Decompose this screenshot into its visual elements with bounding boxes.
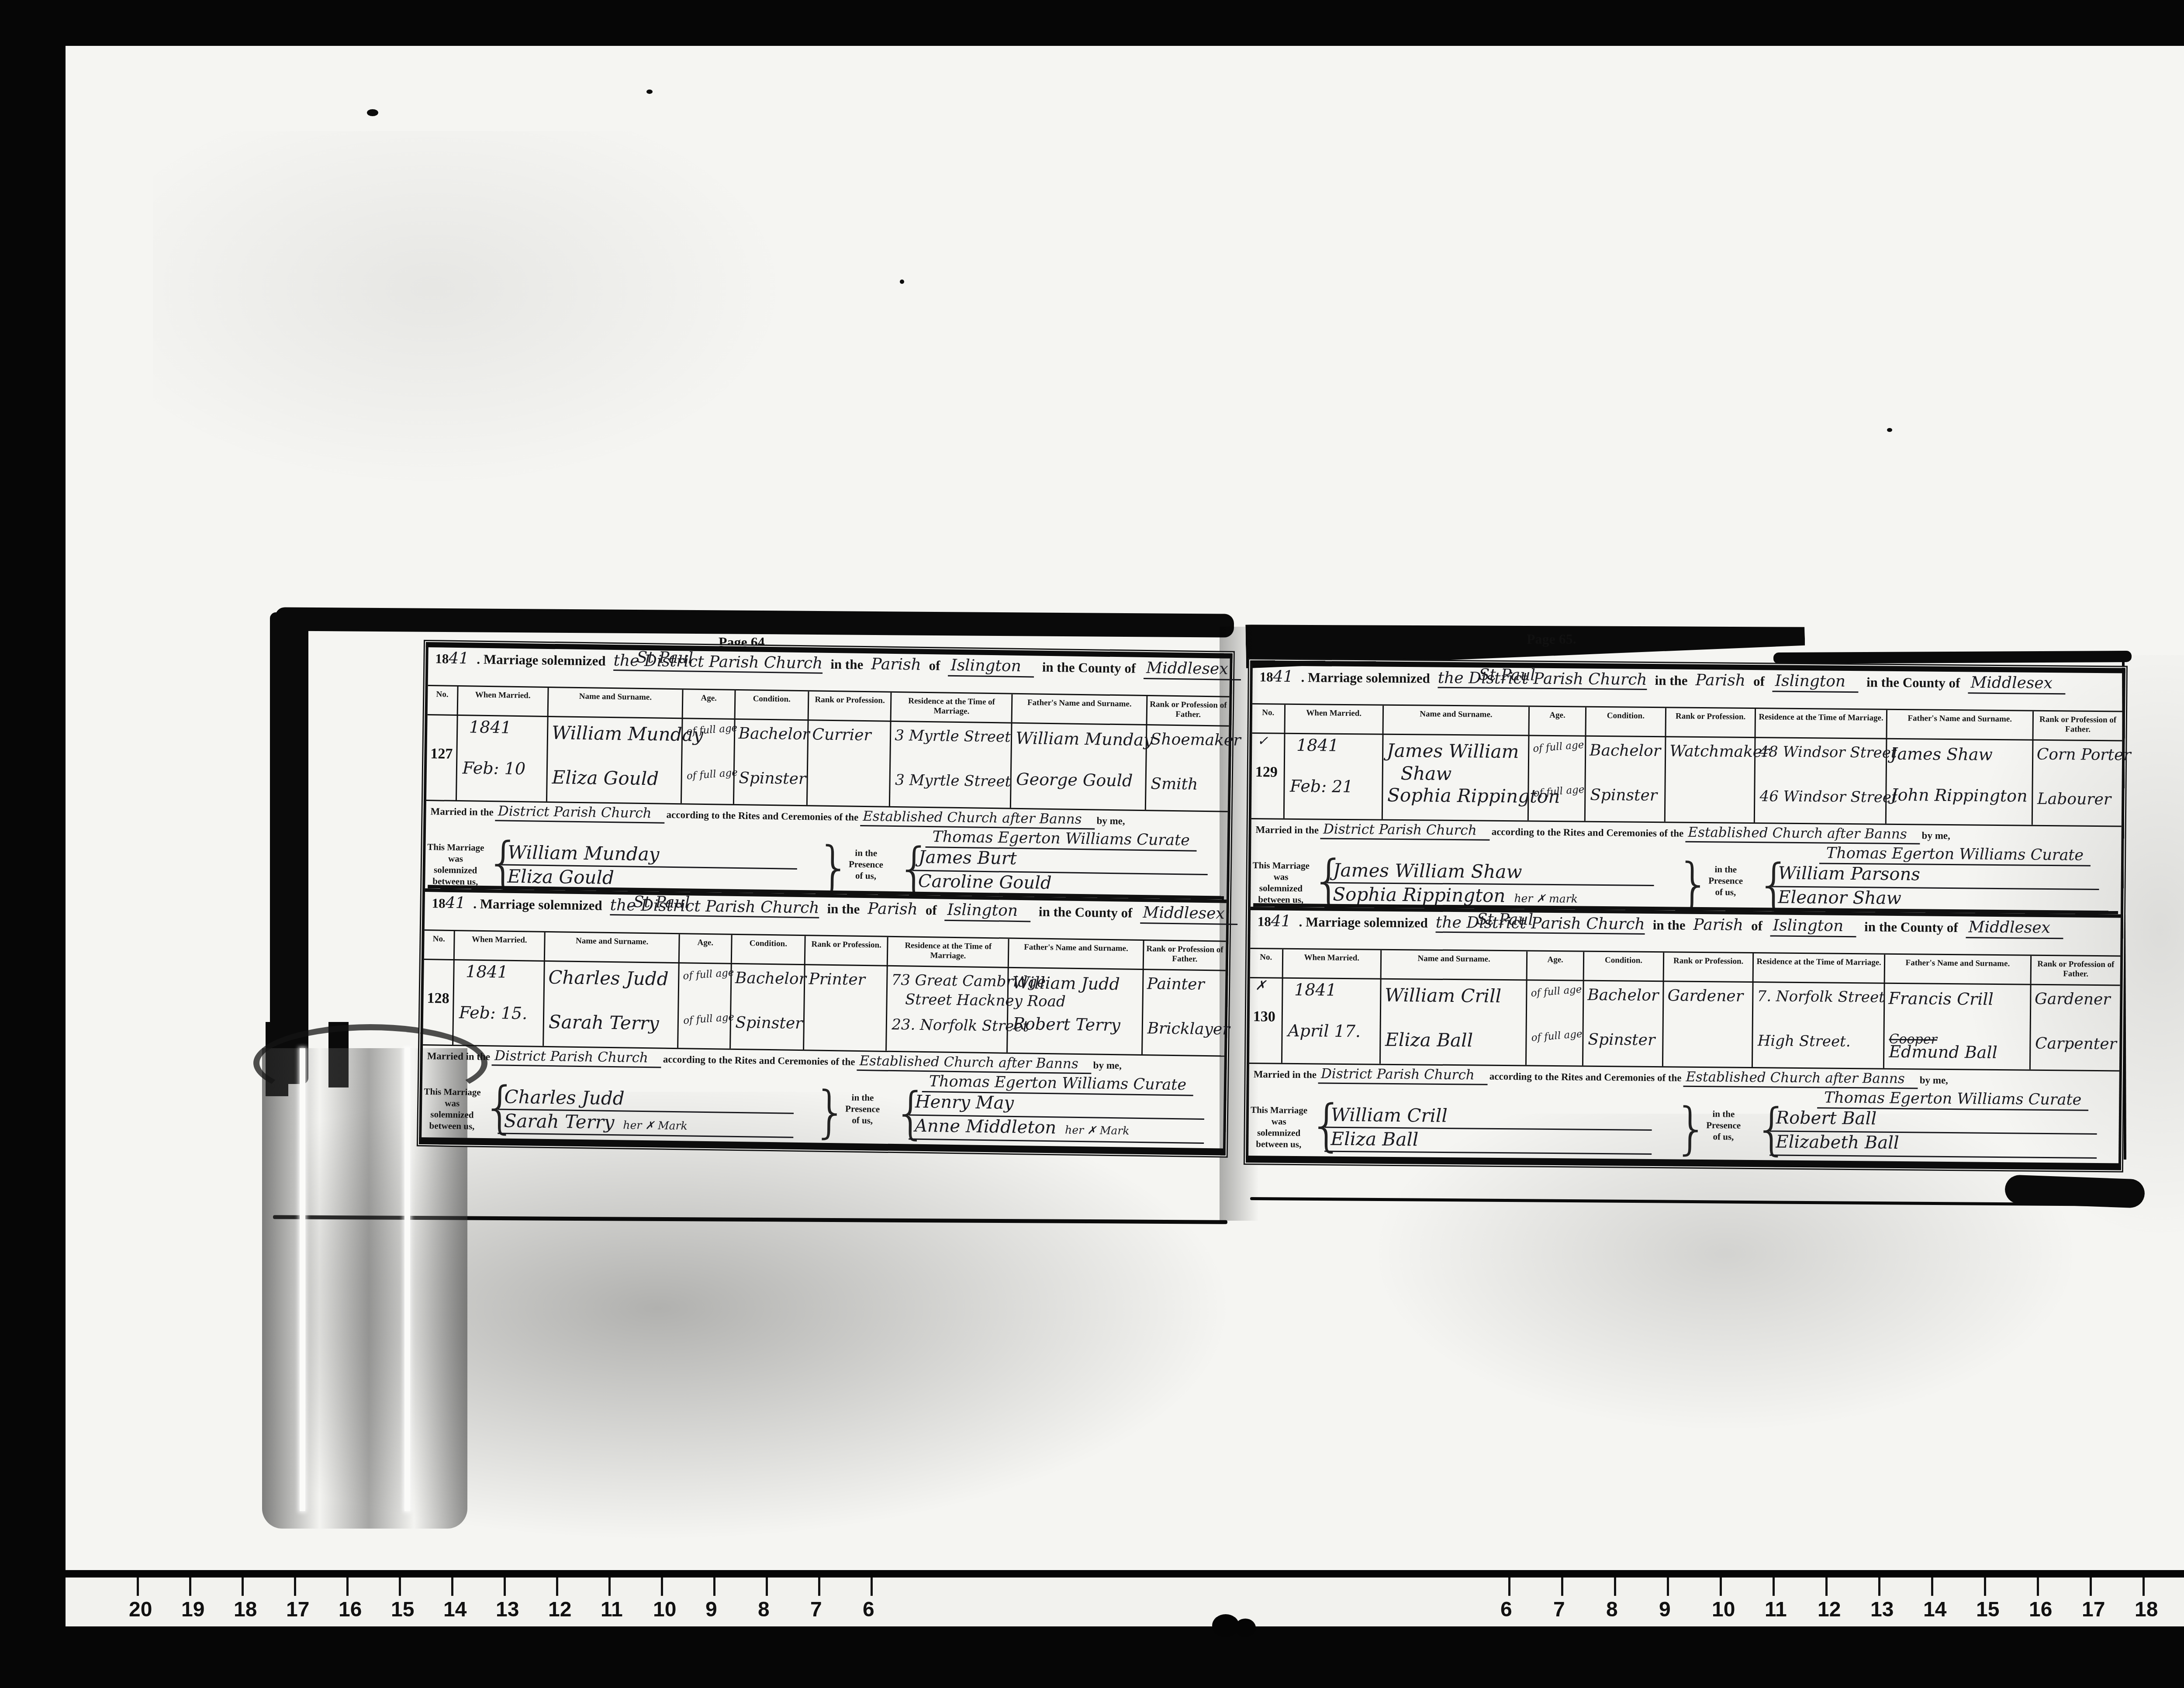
printed-county: in the County of bbox=[1039, 904, 1133, 921]
printed-rites: according to the Rites and Ceremonies of… bbox=[1492, 826, 1684, 839]
hw-groom-profession: Currier bbox=[812, 725, 871, 744]
hw-groom-signature: William Crill bbox=[1325, 1104, 1652, 1131]
bottom-scale-tick bbox=[294, 1578, 296, 1596]
hw-groom-name: James William bbox=[1387, 740, 1519, 763]
cell-father-name: Francis Crill CooperEdmund Ball bbox=[1884, 983, 2031, 1070]
hw-bride-father: George Gould bbox=[1016, 773, 1133, 790]
cell-condition: Bachelor Spinster bbox=[1583, 980, 1664, 1067]
cell-condition: Bachelor Spinster bbox=[731, 963, 806, 1049]
hw-bride-father: Robert Terry bbox=[1013, 1018, 1120, 1035]
entry-check-mark: ✓ bbox=[1257, 733, 1268, 749]
hw-bride-name: Sarah Terry bbox=[549, 1011, 659, 1034]
microfilm-scan: Page 64. Page 65. 1841 . Marriage solemn… bbox=[0, 0, 2184, 1688]
presence-label-line: in the bbox=[836, 847, 897, 859]
printed-county: in the County of bbox=[1866, 674, 1960, 690]
bottom-scale-tick bbox=[556, 1578, 558, 1596]
hw-marriage-date: Feb: 15. bbox=[459, 1003, 528, 1023]
printed-rites: according to the Rites and Ceremonies of… bbox=[1489, 1071, 1682, 1084]
bottom-scale-number: 7 bbox=[810, 1598, 822, 1622]
hw-rites-church: Established Church after Banns bbox=[860, 808, 1095, 829]
solemnized-label-line: solemnized bbox=[1251, 882, 1311, 894]
entry-data-row: ✓ 129 1841 Feb: 21 James William Shaw So… bbox=[1251, 732, 2122, 827]
hw-county-name: Middlesex bbox=[1140, 904, 1238, 925]
solemnized-label-line: between us, bbox=[1251, 894, 1311, 905]
col-header-no: No. bbox=[424, 931, 455, 959]
brace-icon: { bbox=[485, 840, 501, 886]
cell-profession: Gardener bbox=[1663, 980, 1754, 1067]
bottom-scale-tick bbox=[2037, 1578, 2039, 1596]
bottom-scale-number: 8 bbox=[1606, 1598, 1618, 1622]
register-entry-block: 1841 . Marriage solemnized the District … bbox=[422, 888, 1227, 1144]
hw-marriage-year: 1841 bbox=[1296, 735, 1339, 755]
cell-when-married: 1841 Feb: 21 bbox=[1285, 733, 1384, 819]
bottom-scale-tick bbox=[189, 1578, 191, 1596]
hw-bride-age: of full age bbox=[683, 1011, 735, 1027]
printed-married-in: Married in the bbox=[427, 1050, 491, 1062]
col-header-father-rank: Rank or Profession of Father. bbox=[1147, 696, 1229, 725]
bottom-scale-number: 18 bbox=[2135, 1598, 2158, 1622]
bottom-scale-tick bbox=[1878, 1578, 1880, 1596]
solemnized-label-line: between us, bbox=[425, 875, 485, 887]
bottom-scale-number: 18 bbox=[234, 1598, 257, 1622]
hw-county-name: Middlesex bbox=[1144, 659, 1241, 680]
solemnized-label-line: This Marriage bbox=[1251, 860, 1311, 871]
hw-witness2-signature: Caroline Gould bbox=[912, 871, 1208, 899]
hw-groom-residence: 48 Windsor Street bbox=[1759, 743, 1897, 762]
hw-bride-signature: Eliza Ball bbox=[1324, 1128, 1652, 1155]
hw-parish-word: Parish bbox=[1695, 671, 1745, 690]
hw-bride-signature: Eliza Gould bbox=[501, 865, 797, 893]
bottom-scale-number: 6 bbox=[863, 1598, 874, 1622]
entry-number: 127 bbox=[430, 746, 453, 763]
solemnized-label-line: between us, bbox=[422, 1120, 482, 1132]
register-entry-block: 1841 . Marriage solemnized the District … bbox=[1248, 907, 2121, 1159]
entry-check-mark: ✗ bbox=[1255, 978, 1266, 993]
couple-signatures: William Munday Eliza Gould bbox=[501, 840, 816, 894]
bottom-scale-number: 6 bbox=[1500, 1598, 1512, 1622]
bottom-scale-tick bbox=[713, 1578, 715, 1596]
cell-residence: 7. Norfolk Street High Street. bbox=[1753, 981, 1885, 1068]
hw-marriage-year: 1841 bbox=[466, 962, 508, 981]
ink-speck bbox=[900, 280, 904, 284]
register-page-64: 1841 . Marriage solemnized the District … bbox=[419, 642, 1233, 1156]
bottom-scale-number: 12 bbox=[1818, 1598, 1841, 1622]
bottom-scale-tick bbox=[1773, 1578, 1775, 1596]
ink-blob bbox=[1212, 1612, 1265, 1637]
cell-residence: 3 Myrtle Street 3 Myrtle Street bbox=[890, 721, 1013, 808]
presence-label-line: Presence bbox=[835, 858, 896, 870]
hw-year: 41 bbox=[1273, 667, 1293, 685]
bottom-scale-tick bbox=[608, 1578, 611, 1596]
presence-label-line: in the bbox=[832, 1091, 893, 1104]
cell-age: of full age of full age bbox=[678, 962, 732, 1049]
hw-married-in-church: District Parish Church bbox=[1320, 821, 1490, 840]
hw-groom-condition: Bachelor bbox=[1590, 742, 1661, 760]
col-header-rank: Rank or Profession. bbox=[1666, 708, 1756, 737]
cell-father-profession: Painter Bricklayer bbox=[1143, 969, 1226, 1056]
hw-church-superscript: St Paul bbox=[1479, 666, 1535, 684]
hw-witness1-text: Henry May bbox=[915, 1092, 1014, 1113]
col-header-rank: Rank or Profession. bbox=[805, 936, 888, 965]
hw-marriage-date: Feb: 21 bbox=[1290, 777, 1353, 796]
cell-profession: Watchmaker bbox=[1666, 736, 1756, 822]
hw-groom-signature-text: William Crill bbox=[1331, 1104, 1448, 1126]
page-corner-blob bbox=[2004, 1174, 2145, 1208]
solemnized-label: This Marriage was solemnized between us, bbox=[1251, 858, 1311, 905]
hw-bride-signature-text: Sarah Terry bbox=[504, 1110, 614, 1133]
printed-of: of bbox=[1753, 673, 1765, 689]
witness-signatures: Henry May Anne Middletonher ✗ Mark bbox=[909, 1091, 1224, 1144]
presence-label-line: of us, bbox=[1693, 1131, 1754, 1143]
col-header-rank: Rank or Profession. bbox=[809, 691, 892, 721]
printed-of: of bbox=[926, 902, 937, 918]
hw-groom-name: William Crill bbox=[1385, 984, 1501, 1007]
printed-year-prefix: 18 bbox=[432, 895, 445, 911]
col-header-age: Age. bbox=[1530, 707, 1586, 735]
bottom-scale-tick bbox=[871, 1578, 873, 1596]
solemnized-label-line: solemnized bbox=[1248, 1127, 1309, 1139]
brace-icon: { bbox=[482, 1085, 498, 1130]
presence-label: in the Presence of us, bbox=[835, 845, 897, 882]
cell-profession: Printer bbox=[804, 964, 888, 1051]
col-header-when-married: When Married. bbox=[1283, 949, 1382, 978]
bottom-scale-tick bbox=[399, 1578, 401, 1596]
bottom-scale-number: 10 bbox=[653, 1598, 676, 1622]
hw-bride-father-profession: Bricklayer bbox=[1147, 1019, 1230, 1039]
hw-groom-signature: Charles Judd bbox=[498, 1086, 794, 1114]
brace-icon: { bbox=[1311, 858, 1327, 904]
bottom-scale-tick bbox=[1561, 1578, 1563, 1596]
hw-church: the District Parish Church bbox=[1438, 669, 1647, 690]
presence-label: in the Presence of us, bbox=[832, 1090, 893, 1126]
col-header-father: Father's Name and Surname. bbox=[1009, 939, 1144, 969]
hw-bride-age: of full age bbox=[686, 767, 738, 782]
hw-groom-father-profession: Gardener bbox=[2035, 990, 2111, 1009]
hw-bride-name: Eliza Gould bbox=[552, 766, 659, 789]
hw-bride-father: John Rippington bbox=[1891, 789, 2027, 806]
brace-icon: { bbox=[896, 846, 912, 891]
bottom-scale-number: 20 bbox=[129, 1598, 152, 1622]
printed-year-prefix: 18 bbox=[435, 651, 449, 666]
hw-year: 41 bbox=[449, 649, 469, 668]
col-header-name: Name and Surname. bbox=[1383, 706, 1530, 735]
bottom-scale-number: 17 bbox=[2082, 1598, 2105, 1622]
bottom-scale-tick bbox=[504, 1578, 506, 1596]
hw-bride-father-name: John Rippington bbox=[1891, 785, 2028, 806]
cell-names: William Munday Eliza Gould bbox=[547, 716, 683, 803]
bottom-scale-number: 11 bbox=[1765, 1598, 1787, 1622]
printed-title: . Marriage solemnized bbox=[1301, 670, 1430, 686]
bottom-scale-number: 16 bbox=[339, 1598, 362, 1622]
cell-no: ✓ 129 bbox=[1251, 732, 1285, 818]
hw-groom-condition: Bachelor bbox=[1587, 986, 1659, 1005]
hw-year: 41 bbox=[1271, 912, 1291, 930]
bottom-scale-tick bbox=[1984, 1578, 1986, 1596]
entry-number: 129 bbox=[1255, 764, 1278, 780]
hw-bride-signature-text: Sophia Rippington bbox=[1333, 884, 1506, 906]
cell-age: of full age of full age bbox=[682, 718, 735, 804]
printed-married-in: Married in the bbox=[1254, 1069, 1317, 1080]
register-entry-block: 1841 . Marriage solemnized the District … bbox=[425, 647, 1230, 900]
hw-bride-mark-note: her ✗ Mark bbox=[623, 1118, 688, 1132]
printed-rites: according to the Rites and Ceremonies of… bbox=[666, 809, 858, 823]
hw-bride-condition: Spinster bbox=[735, 1014, 802, 1032]
hw-bride-father: CooperEdmund Ball bbox=[1889, 1033, 1997, 1062]
bottom-scale-tick bbox=[346, 1578, 349, 1596]
hw-church-superscript: St Paul bbox=[1477, 911, 1534, 929]
bottom-scale-tick bbox=[137, 1578, 139, 1596]
hw-marriage-date: Feb: 10 bbox=[462, 758, 525, 778]
bottom-scale-number: 16 bbox=[2029, 1598, 2052, 1622]
couple-signatures: James William Shaw Sophia Rippingtonher … bbox=[1327, 859, 1676, 911]
hw-parish-name: Islington bbox=[948, 656, 1034, 678]
hw-bride-signature: Sophia Rippingtonher ✗ mark bbox=[1327, 884, 1654, 911]
hw-rites-church: Established Church after Banns bbox=[1685, 825, 1920, 845]
bottom-scale-number: 14 bbox=[1923, 1598, 1946, 1622]
col-header-when-married: When Married. bbox=[455, 931, 546, 960]
hw-witness1-signature: Henry May bbox=[909, 1092, 1205, 1120]
bottom-scale-tick bbox=[451, 1578, 453, 1596]
bottom-scale-tick bbox=[1825, 1578, 1828, 1596]
hw-groom-profession: Printer bbox=[809, 970, 865, 989]
col-header-residence: Residence at the Time of Marriage. bbox=[1754, 953, 1885, 983]
brace-icon: } bbox=[816, 845, 836, 891]
bottom-measuring-strip: 2019181716151413121110987667891011121314… bbox=[66, 1578, 2184, 1626]
bottom-scale-number: 15 bbox=[391, 1598, 414, 1622]
signatures-section: This Marriage was solemnized between us,… bbox=[1248, 1102, 2119, 1158]
hw-bride-signature-text: Eliza Gould bbox=[507, 866, 614, 888]
entry-title-line: 1841 . Marriage solemnized the District … bbox=[1250, 912, 2121, 954]
hw-bride-name: Eliza Ball bbox=[1385, 1029, 1473, 1051]
printed-in-the: in the bbox=[827, 901, 860, 917]
hw-parish-name: Islington bbox=[1770, 916, 1857, 937]
col-header-name: Name and Surname. bbox=[549, 688, 684, 718]
brace-icon: { bbox=[1309, 1103, 1325, 1148]
printed-year-prefix: 18 bbox=[1260, 669, 1273, 684]
cell-father-name: James Shaw John Rippington bbox=[1887, 738, 2033, 825]
hw-groom-condition: Bachelor bbox=[738, 725, 810, 743]
hw-groom-signature-text: James William Shaw bbox=[1333, 860, 1522, 883]
printed-by-me: by me, bbox=[1920, 1074, 1948, 1086]
hw-married-in-church: District Parish Church bbox=[495, 803, 665, 823]
hw-witness2-text: Caroline Gould bbox=[918, 871, 1052, 893]
printed-title: . Marriage solemnized bbox=[477, 652, 606, 669]
hw-parish-word: Parish bbox=[1693, 916, 1743, 934]
printed-in-the: in the bbox=[830, 656, 863, 672]
hw-witness2-signature: Eleanor Shaw bbox=[1772, 887, 2099, 914]
printed-married-in: Married in the bbox=[1256, 824, 1319, 835]
brace-icon: } bbox=[1676, 862, 1695, 907]
hw-bride-father-profession: Carpenter bbox=[2035, 1035, 2117, 1053]
entry-data-row: ✗ 130 1841 April 17. William Crill Eliza… bbox=[1249, 977, 2120, 1071]
printed-county: in the County of bbox=[1042, 659, 1136, 676]
hw-bride-condition: Spinster bbox=[1590, 786, 1657, 804]
brace-icon: } bbox=[812, 1089, 832, 1135]
bottom-scale-number: 9 bbox=[1659, 1598, 1671, 1622]
hw-groom-father-profession: Corn Porter bbox=[2037, 746, 2131, 764]
bottom-scale-tick bbox=[1720, 1578, 1722, 1596]
col-header-age: Age. bbox=[680, 934, 732, 963]
hw-bride-residence: High Street. bbox=[1758, 1032, 1851, 1050]
hw-groom-father-profession: Shoemaker bbox=[1151, 730, 1241, 749]
hw-groom-age: of full age bbox=[1533, 739, 1585, 755]
hw-witness2-note: her ✗ Mark bbox=[1065, 1124, 1130, 1137]
hw-parish-word: Parish bbox=[867, 900, 918, 918]
col-header-residence: Residence at the Time of Marriage. bbox=[892, 693, 1013, 722]
col-header-no: No. bbox=[428, 686, 459, 715]
cell-when-married: 1841 Feb: 15. bbox=[453, 959, 545, 1046]
witness-signatures: William Parsons Eleanor Shaw bbox=[1772, 862, 2121, 914]
col-header-condition: Condition. bbox=[1584, 952, 1665, 981]
presence-label-line: Presence bbox=[1695, 875, 1756, 887]
col-header-age: Age. bbox=[1527, 952, 1584, 980]
book-top-edge bbox=[1773, 651, 2132, 664]
presence-label-line: Presence bbox=[1693, 1119, 1754, 1131]
col-header-rank: Rank or Profession. bbox=[1664, 953, 1754, 981]
bottom-scale-number: 15 bbox=[1976, 1598, 1999, 1622]
cell-residence: 48 Windsor Street 46 Windsor Street bbox=[1755, 737, 1887, 824]
hw-county-name: Middlesex bbox=[1968, 673, 2066, 694]
cell-condition: Bachelor Spinster bbox=[734, 718, 809, 805]
col-header-father-rank: Rank or Profession of Father. bbox=[2031, 956, 2120, 985]
printed-year-prefix: 18 bbox=[1258, 914, 1271, 929]
hw-witness1-text: James Burt bbox=[918, 847, 1017, 869]
presence-label-line: Presence bbox=[832, 1103, 893, 1115]
col-header-father: Father's Name and Surname. bbox=[1013, 694, 1147, 724]
glass-highlight-streak bbox=[300, 1048, 305, 1511]
cell-father-name: William Munday George Gould bbox=[1011, 722, 1147, 810]
solemnized-label: This Marriage was solemnized between us, bbox=[422, 1084, 482, 1132]
hw-bride-father-name: Robert Terry bbox=[1013, 1014, 1120, 1035]
printed-rites: according to the Rites and Ceremonies of… bbox=[663, 1054, 855, 1067]
signatures-section: This Marriage was solemnized between us,… bbox=[1251, 858, 2121, 913]
hw-bride-father-name: George Gould bbox=[1016, 770, 1133, 790]
col-header-name: Name and Surname. bbox=[1381, 950, 1527, 980]
bottom-scale-tick bbox=[1667, 1578, 1669, 1596]
printed-county: in the County of bbox=[1864, 919, 1958, 935]
col-header-condition: Condition. bbox=[735, 690, 809, 719]
presence-label-line: of us, bbox=[832, 1114, 893, 1126]
hw-groom-father: William Judd bbox=[1012, 973, 1120, 994]
hw-groom-profession: Watchmaker bbox=[1669, 742, 1769, 761]
cell-residence: 73 Great Cambridge Street Hackney Road 2… bbox=[887, 965, 1009, 1053]
hw-marriage-year: 1841 bbox=[1294, 980, 1337, 1000]
hw-groom-name: William Munday bbox=[552, 722, 704, 746]
hw-groom-father: James Shaw bbox=[1890, 744, 1993, 764]
col-header-residence: Residence at the Time of Marriage. bbox=[1756, 709, 1887, 738]
solemnized-label-line: was bbox=[422, 1097, 482, 1109]
col-header-father: Father's Name and Surname. bbox=[1887, 710, 2034, 739]
hw-witness1-text: Robert Ball bbox=[1776, 1108, 1877, 1129]
bottom-scale-number: 14 bbox=[443, 1598, 467, 1622]
printed-title: . Marriage solemnized bbox=[473, 896, 602, 913]
hw-married-in-church: District Parish Church bbox=[1318, 1066, 1488, 1085]
brace-icon: } bbox=[1673, 1106, 1693, 1152]
cell-when-married: 1841 Feb: 10 bbox=[457, 715, 549, 801]
hw-groom-condition: Bachelor bbox=[735, 969, 807, 988]
col-header-name: Name and Surname. bbox=[545, 932, 680, 962]
printed-by-me: by me, bbox=[1096, 815, 1125, 826]
bottom-scale-tick bbox=[242, 1578, 244, 1596]
ink-speck bbox=[367, 109, 378, 116]
hw-witness2-text: Eleanor Shaw bbox=[1778, 887, 1901, 908]
hw-groom-signature-text: William Munday bbox=[508, 842, 660, 865]
cell-age: of full age of full age bbox=[1527, 980, 1584, 1066]
hw-groom-residence: 7. Norfolk Street bbox=[1757, 987, 1885, 1006]
col-header-when-married: When Married. bbox=[458, 687, 549, 716]
cell-names: William Crill Eliza Ball bbox=[1381, 978, 1527, 1065]
bottom-scale-number: 9 bbox=[705, 1598, 717, 1622]
hw-church-superscript: St Paul bbox=[636, 649, 693, 667]
brace-icon: { bbox=[1756, 862, 1772, 908]
hw-rites-church: Established Church after Banns bbox=[1683, 1069, 1918, 1089]
printed-in-the: in the bbox=[1653, 917, 1686, 933]
brace-icon: { bbox=[893, 1091, 909, 1136]
solemnized-label: This Marriage was solemnized between us, bbox=[1248, 1102, 1309, 1150]
glass-highlight-streak bbox=[404, 1048, 410, 1511]
cell-father-profession: Shoemaker Smith bbox=[1146, 724, 1229, 811]
solemnized-label-line: was bbox=[1249, 1115, 1309, 1127]
hw-witness2-text: Elizabeth Ball bbox=[1776, 1132, 1899, 1153]
bottom-scale-number: 13 bbox=[1870, 1598, 1894, 1622]
hw-groom-profession: Gardener bbox=[1667, 987, 1743, 1005]
col-header-when-married: When Married. bbox=[1285, 705, 1384, 734]
hw-groom-age: of full age bbox=[683, 967, 735, 982]
hw-county-name: Middlesex bbox=[1966, 918, 2063, 939]
printed-by-me: by me, bbox=[1093, 1060, 1122, 1071]
page-64-entries: 1841 . Marriage solemnized the District … bbox=[422, 647, 1230, 1144]
bottom-scale-number: 8 bbox=[758, 1598, 770, 1622]
hw-bride-condition: Spinster bbox=[1588, 1031, 1655, 1049]
hw-bride-signature: Sarah Terryher ✗ Mark bbox=[498, 1110, 794, 1138]
hw-witness1-signature: William Parsons bbox=[1772, 863, 2100, 890]
hw-parish-word: Parish bbox=[871, 655, 921, 674]
entry-data-row: 127 1841 Feb: 10 William Munday Eliza Go… bbox=[426, 714, 1229, 812]
hw-groom-age: of full age bbox=[686, 722, 738, 738]
hw-bride-residence: 3 Myrtle Street bbox=[895, 771, 1011, 790]
hw-bride-condition: Spinster bbox=[739, 769, 806, 788]
printed-married-in: Married in the bbox=[430, 806, 494, 818]
register-page-65: 1841 . Marriage solemnized the District … bbox=[1246, 660, 2125, 1170]
hw-groom-signature-text: Charles Judd bbox=[504, 1086, 625, 1109]
entry-title-line: 1841 . Marriage solemnized the District … bbox=[1252, 667, 2123, 710]
hw-groom-name-line2: Shaw bbox=[1400, 763, 1451, 784]
hw-church: the District Parish Church bbox=[1436, 914, 1645, 935]
bottom-scale-tick bbox=[2090, 1578, 2092, 1596]
printed-title: . Marriage solemnized bbox=[1299, 914, 1428, 931]
printed-in-the: in the bbox=[1655, 673, 1687, 688]
presence-label: in the Presence of us, bbox=[1695, 862, 1756, 898]
solemnized-label-line: This Marriage bbox=[1249, 1104, 1309, 1116]
hw-witness2-signature: Elizabeth Ball bbox=[1769, 1132, 2097, 1159]
printed-of: of bbox=[1751, 918, 1762, 933]
cell-profession: Currier bbox=[808, 719, 892, 806]
cell-names: James William Shaw Sophia Rippington bbox=[1383, 734, 1530, 821]
bottom-scale-number: 11 bbox=[601, 1598, 623, 1622]
hw-bride-signature-text: Eliza Ball bbox=[1330, 1128, 1418, 1150]
witness-signatures: Robert Ball Elizabeth Ball bbox=[1769, 1107, 2119, 1159]
hw-groom-father: William Munday bbox=[1016, 728, 1153, 749]
bottom-scale-tick bbox=[1508, 1578, 1510, 1596]
witness-signatures: James Burt Caroline Gould bbox=[912, 846, 1227, 900]
bottom-scale-tick bbox=[661, 1578, 663, 1596]
bottom-scale-tick bbox=[1614, 1578, 1616, 1596]
hw-bride-father-profession: Smith bbox=[1151, 775, 1198, 794]
hw-witness1-signature: James Burt bbox=[912, 847, 1208, 875]
presence-label: in the Presence of us, bbox=[1693, 1106, 1754, 1143]
couple-signatures: Charles Judd Sarah Terryher ✗ Mark bbox=[498, 1085, 813, 1138]
col-header-father-rank: Rank or Profession of Father. bbox=[1144, 941, 1226, 970]
